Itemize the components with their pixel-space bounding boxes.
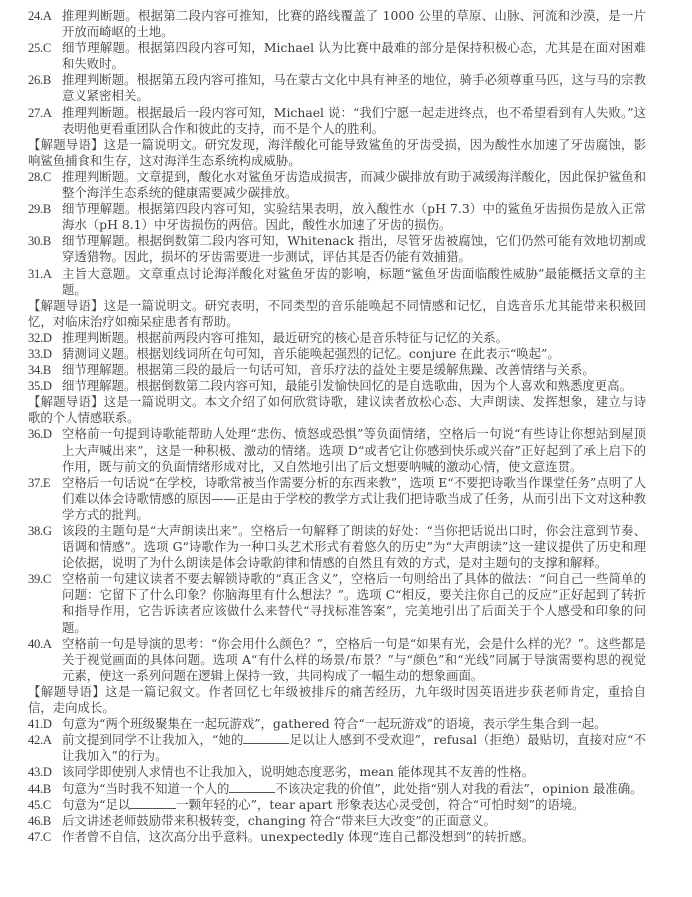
- answer-45: 45.C 句意为“足以一颗年轻的心”，tear apart 形象表达心灵受创，符…: [28, 797, 646, 813]
- fill-blank: [130, 797, 176, 809]
- question-number: 41.D: [28, 716, 62, 732]
- fill-blank: [229, 781, 275, 793]
- question-number: 30.B: [28, 233, 62, 249]
- answer-39: 39.C 空格前一句建议读者不要去解锁诗歌的“真正含义”，空格后一句则给出了具体…: [28, 571, 646, 635]
- explanation-text: 细节理解题。根据第四段内容可知，Michael 认为比赛中最难的部分是保持积极心…: [62, 40, 646, 72]
- question-number: 37.E: [28, 475, 62, 491]
- text-after-blank: 一颗年轻的心”，tear apart 形象表达心灵受创，符合“可怕时刻”的语境。: [176, 797, 584, 812]
- passage-intro-poetry: 【解题导语】这是一篇说明文。本文介绍了如何欣赏诗歌，建议读者放松心态、大声朗读、…: [28, 394, 646, 426]
- explanation-text: 该同学即使别人求情也不让我加入，说明她态度恶劣，mean 能体现其不友善的性格。: [62, 764, 646, 780]
- answer-33: 33.D 猜测词义题。根据划线词所在句可知，音乐能唤起强烈的记忆。conjure…: [28, 346, 646, 362]
- question-number: 40.A: [28, 636, 62, 652]
- question-number: 43.D: [28, 764, 62, 780]
- explanation-text: 细节理解题。根据倒数第二段内容可知，Whitenack 指出，尽管牙齿被腐蚀，它…: [62, 233, 646, 265]
- answer-26: 26.B 推理判断题。根据第五段内容可推知，马在蒙古文化中具有神圣的地位，骑手必…: [28, 72, 646, 104]
- passage-intro-narrative: 【解题导语】这是一篇记叙文。作者回忆七年级被排斥的痛苦经历，九年级时因英语进步获…: [28, 684, 646, 716]
- explanation-text: 推理判断题。根据第二段内容可推知，比赛的路线覆盖了 1000 公里的草原、山脉、…: [62, 8, 646, 40]
- explanation-text: 细节理解题。根据倒数第二段内容可知，最能引发愉快回忆的是自选歌曲，因为个人喜欢和…: [62, 378, 646, 394]
- explanation-text: 句意为“足以一颗年轻的心”，tear apart 形象表达心灵受创，符合“可怕时…: [62, 797, 646, 813]
- text-before-blank: 句意为“当时我不知道一个人的: [62, 781, 229, 796]
- question-number: 38.G: [28, 523, 62, 539]
- answer-42: 42.A 前文提到同学不让我加入，“她的足以让人感到不受欢迎”，refusal（…: [28, 732, 646, 764]
- explanation-text: 主旨大意题。文章重点讨论海洋酸化对鲨鱼牙齿的影响，标题“鲨鱼牙齿面临酸性威胁”最…: [62, 266, 646, 298]
- answer-40: 40.A 空格前一句是导演的思考：“你会用什么颜色？”，空格后一句是“如果有光，…: [28, 636, 646, 684]
- answer-29: 29.B 细节理解题。根据第四段内容可知，实验结果表明，放入酸性水（pH 7.3…: [28, 201, 646, 233]
- answer-44: 44.B 句意为“当时我不知道一个人的不该决定我的价值”，此处指“别人对我的看法…: [28, 781, 646, 797]
- question-number: 33.D: [28, 346, 62, 362]
- answer-32: 32.D 推理判断题。根据前两段内容可推知，最近研究的核心是音乐特征与记忆的关系…: [28, 330, 646, 346]
- question-number: 44.B: [28, 781, 62, 797]
- explanation-text: 推理判断题。根据前两段内容可推知，最近研究的核心是音乐特征与记忆的关系。: [62, 330, 646, 346]
- explanation-text: 推理判断题。根据最后一段内容可知，Michael 说：“我们宁愿一起走进终点，也…: [62, 105, 646, 137]
- explanation-text: 空格后一句话说“在学校，诗歌常被当作需要分析的东西来教”，选项 E“不要把诗歌当…: [62, 475, 646, 523]
- answer-34: 34.B 细节理解题。根据第三段的最后一句话可知，音乐疗法的益处主要是缓解焦躁、…: [28, 362, 646, 378]
- question-number: 27.A: [28, 105, 62, 121]
- answer-41: 41.D 句意为“两个班级聚集在一起玩游戏”，gathered 符合“一起玩游戏…: [28, 716, 646, 732]
- question-number: 26.B: [28, 72, 62, 88]
- answer-47: 47.C 作者曾不自信，这次高分出乎意料。unexpectedly 体现“连自己…: [28, 829, 646, 845]
- answer-25: 25.C 细节理解题。根据第四段内容可知，Michael 认为比赛中最难的部分是…: [28, 40, 646, 72]
- explanation-text: 细节理解题。根据第四段内容可知，实验结果表明，放入酸性水（pH 7.3）中的鲨鱼…: [62, 201, 646, 233]
- passage-intro-shark-teeth: 【解题导语】这是一篇说明文。研究发现，海洋酸化可能导致鲨鱼的牙齿受损，因为酸性水…: [28, 137, 646, 169]
- question-number: 31.A: [28, 266, 62, 282]
- question-number: 28.C: [28, 169, 62, 185]
- answer-38: 38.G 该段的主题句是“大声朗读出来”。空格后一句解释了朗读的好处：“当你把话…: [28, 523, 646, 571]
- explanation-text: 后文讲述老师鼓励带来积极转变，changing 符合“带来巨大改变”的正面意义。: [62, 813, 646, 829]
- answer-31: 31.A 主旨大意题。文章重点讨论海洋酸化对鲨鱼牙齿的影响，标题“鲨鱼牙齿面临酸…: [28, 266, 646, 298]
- explanation-text: 句意为“当时我不知道一个人的不该决定我的价值”，此处指“别人对我的看法”，opi…: [62, 781, 646, 797]
- explanation-text: 该段的主题句是“大声朗读出来”。空格后一句解释了朗读的好处：“当你把话说出口时，…: [62, 523, 646, 571]
- question-number: 34.B: [28, 362, 62, 378]
- question-number: 36.D: [28, 426, 62, 442]
- answer-35: 35.D 细节理解题。根据倒数第二段内容可知，最能引发愉快回忆的是自选歌曲，因为…: [28, 378, 646, 394]
- answer-36: 36.D 空格前一句提到诗歌能帮助人处理“悲伤、愤怒或恐惧”等负面情绪，空格后一…: [28, 426, 646, 474]
- explanation-text: 猜测词义题。根据划线词所在句可知，音乐能唤起强烈的记忆。conjure 在此表示…: [62, 346, 646, 362]
- question-number: 35.D: [28, 378, 62, 394]
- question-number: 45.C: [28, 797, 62, 813]
- explanation-text: 推理判断题。根据第五段内容可推知，马在蒙古文化中具有神圣的地位，骑手必须尊重马匹…: [62, 72, 646, 104]
- explanation-text: 句意为“两个班级聚集在一起玩游戏”，gathered 符合“一起玩游戏”的语境，…: [62, 716, 646, 732]
- explanation-text: 空格前一句提到诗歌能帮助人处理“悲伤、愤怒或恐惧”等负面情绪，空格后一句说“有些…: [62, 426, 646, 474]
- question-number: 42.A: [28, 732, 62, 748]
- question-number: 29.B: [28, 201, 62, 217]
- explanation-text: 细节理解题。根据第三段的最后一句话可知，音乐疗法的益处主要是缓解焦躁、改善情绪与…: [62, 362, 646, 378]
- passage-intro-music-memory: 【解题导语】这是一篇说明文。研究表明，不同类型的音乐能唤起不同情感和记忆，自选音…: [28, 298, 646, 330]
- text-after-blank: 不该决定我的价值”，此处指“别人对我的看法”，opinion 最准确。: [275, 781, 642, 796]
- answer-27: 27.A 推理判断题。根据最后一段内容可知，Michael 说：“我们宁愿一起走…: [28, 105, 646, 137]
- answer-key-page: 24.A 推理判断题。根据第二段内容可推知，比赛的路线覆盖了 1000 公里的草…: [0, 0, 692, 897]
- explanation-text: 空格前一句是导演的思考：“你会用什么颜色？”，空格后一句是“如果有光，会是什么样…: [62, 636, 646, 684]
- text-before-blank: 前文提到同学不让我加入，“她的: [62, 732, 243, 747]
- question-number: 25.C: [28, 40, 62, 56]
- answer-46: 46.B 后文讲述老师鼓励带来积极转变，changing 符合“带来巨大改变”的…: [28, 813, 646, 829]
- answer-24: 24.A 推理判断题。根据第二段内容可推知，比赛的路线覆盖了 1000 公里的草…: [28, 8, 646, 40]
- explanation-text: 前文提到同学不让我加入，“她的足以让人感到不受欢迎”，refusal（拒绝）最贴…: [62, 732, 646, 764]
- question-number: 39.C: [28, 571, 62, 587]
- explanation-text: 作者曾不自信，这次高分出乎意料。unexpectedly 体现“连自己都没想到”…: [62, 829, 646, 845]
- explanation-text: 空格前一句建议读者不要去解锁诗歌的“真正含义”，空格后一句则给出了具体的做法：“…: [62, 571, 646, 635]
- answer-28: 28.C 推理判断题。文章提到，酸化水对鲨鱼牙齿造成损害，而减少碳排放有助于减缓…: [28, 169, 646, 201]
- fill-blank: [243, 732, 289, 744]
- answer-43: 43.D 该同学即使别人求情也不让我加入，说明她态度恶劣，mean 能体现其不友…: [28, 764, 646, 780]
- answer-30: 30.B 细节理解题。根据倒数第二段内容可知，Whitenack 指出，尽管牙齿…: [28, 233, 646, 265]
- question-number: 47.C: [28, 829, 62, 845]
- question-number: 46.B: [28, 813, 62, 829]
- explanation-text: 推理判断题。文章提到，酸化水对鲨鱼牙齿造成损害，而减少碳排放有助于减缓海洋酸化，…: [62, 169, 646, 201]
- answer-37: 37.E 空格后一句话说“在学校，诗歌常被当作需要分析的东西来教”，选项 E“不…: [28, 475, 646, 523]
- text-before-blank: 句意为“足以: [62, 797, 130, 812]
- question-number: 32.D: [28, 330, 62, 346]
- question-number: 24.A: [28, 8, 62, 24]
